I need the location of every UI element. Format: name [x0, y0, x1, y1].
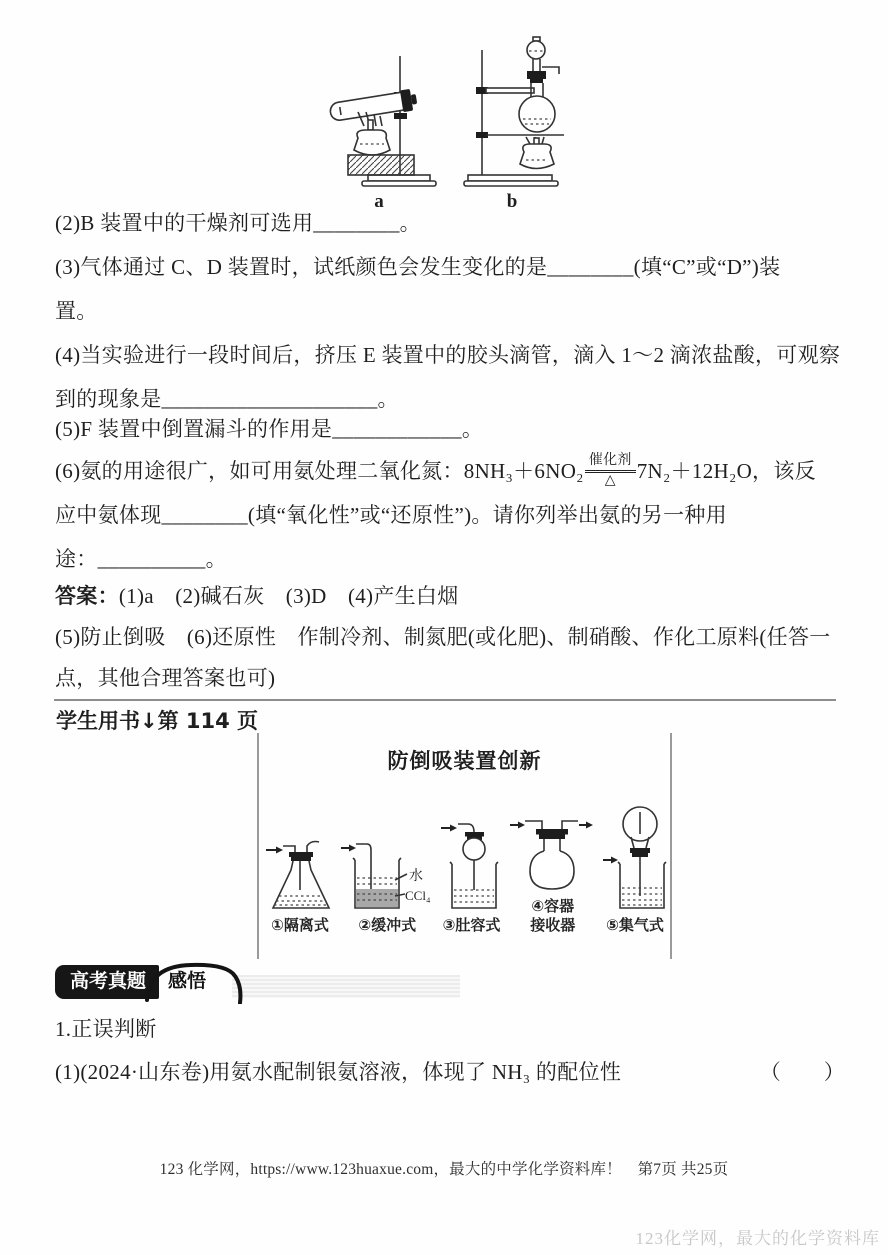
question-6-line2: 应中氨体现________(填“氧化性”或“还原性”)。请你列举出氨的另一种用 — [55, 493, 845, 537]
equation-left: (6)氨的用途很广，如可用氨处理二氧化氮：8NH₃＋6NO₂ — [55, 459, 584, 483]
answers-block: 答案：(1)a (2)碱石灰 (3)D (4)产生白烟 (5)防止倒吸 (6)还… — [55, 576, 845, 699]
apparatus-a: a — [320, 42, 438, 212]
answer-brackets: （ ） — [760, 1050, 845, 1094]
reaction-condition: 催化剂△ — [585, 453, 636, 489]
anti-suckback-title: 防倒吸装置创新 — [259, 733, 670, 775]
question-3: (3)气体通过 C、D 装置时，试纸颜色会发生变化的是________(填“C”… — [55, 245, 845, 333]
document-page: a — [0, 0, 888, 1255]
badge-secondary: 感悟 — [159, 965, 232, 999]
question-3-line2: 置。 — [55, 289, 845, 333]
device-isolation-label: ①隔离式 — [271, 916, 329, 935]
question-5: (5)F 装置中倒置漏斗的作用是____________。 — [55, 407, 845, 451]
question-6-line3: 途：__________。 — [55, 537, 845, 581]
answers-line3: 点，其他合理答案也可) — [55, 658, 845, 699]
ccl4-annotation: CCl₄ — [405, 888, 431, 903]
badge-primary: 高考真题 — [55, 965, 159, 999]
apparatus-a-drawing — [320, 42, 438, 192]
equation-right: 7N₂＋12H₂O，该反 — [637, 459, 816, 483]
question-3-line1: (3)气体通过 C、D 装置时，试纸颜色会发生变化的是________(填“C”… — [55, 245, 845, 289]
question-4-line1: (4)当实验进行一段时间后，挤压 E 装置中的胶头滴管，滴入 1～2 滴浓盐酸，… — [55, 333, 845, 377]
apparatus-b-drawing — [456, 34, 568, 192]
device-bulb-label: ③肚容式 — [443, 916, 501, 935]
answers-line1-text: (1)a (2)碱石灰 (3)D (4)产生白烟 — [119, 584, 459, 608]
answers-label: 答案： — [55, 584, 119, 608]
section-divider — [54, 699, 836, 701]
device-gas-collect: ⑤集气式 — [602, 804, 668, 935]
question-2: (2)B 装置中的干燥剂可选用________。 — [55, 201, 845, 245]
catalyst-label: 催化剂 — [585, 453, 636, 473]
device-receiver: ④容器 接收器 — [510, 813, 596, 935]
judge-title: 1.正误判断 — [55, 1007, 845, 1051]
device-bulb-drawing — [440, 820, 504, 916]
answers-line1: 答案：(1)a (2)碱石灰 (3)D (4)产生白烟 — [55, 576, 845, 617]
apparatus-figure: a — [0, 34, 888, 212]
badge-secondary-text: 感悟 — [168, 970, 206, 992]
judge-question-1: (1)(2024·山东卷)用氨水配制银氨溶液，体现了 NH₃ 的配位性 （ ） — [55, 1050, 845, 1094]
student-book-ref: 学生用书↓第 114 页 — [56, 706, 258, 736]
question-6-line1: (6)氨的用途很广，如可用氨处理二氧化氮：8NH₃＋6NO₂催化剂△7N₂＋12… — [55, 449, 845, 493]
page-footer: 123 化学网，https://www.123huaxue.com，最大的中学化… — [0, 1157, 888, 1179]
anti-suckback-box: 防倒吸装置创新 ①隔离式 — [257, 733, 672, 959]
answers-line2: (5)防止倒吸 (6)还原性 作制冷剂、制氮肥(或化肥)、制硝酸、作化工原料(任… — [55, 617, 845, 658]
water-annotation: 水 — [409, 867, 423, 884]
devices-row: ①隔离式 水 CCl₄ — [265, 804, 668, 935]
device-receiver-label: ④容器 — [531, 897, 574, 916]
device-gas-collect-drawing — [602, 804, 668, 916]
delta-symbol: △ — [605, 473, 616, 489]
device-receiver-drawing — [510, 813, 596, 897]
device-isolation-drawing — [265, 838, 335, 916]
device-buffer: 水 CCl₄ ②缓冲式 — [341, 838, 433, 935]
device-isolation: ①隔离式 — [265, 838, 335, 935]
device-gas-collect-label: ⑤集气式 — [606, 916, 664, 935]
device-bulb: ③肚容式 — [440, 820, 504, 935]
device-receiver-label2: 接收器 — [530, 916, 575, 935]
exam-badge: 高考真题 感悟 — [55, 961, 460, 999]
badge-strip — [232, 975, 460, 998]
apparatus-b: b — [456, 34, 568, 212]
device-buffer-label: ②缓冲式 — [358, 916, 416, 935]
site-watermark: 123化学网，最大的化学资料库 — [636, 1224, 881, 1249]
device-buffer-drawing: 水 CCl₄ — [341, 838, 433, 916]
judge-question-1-text: (1)(2024·山东卷)用氨水配制银氨溶液，体现了 NH₃ 的配位性 — [55, 1050, 621, 1094]
question-6: (6)氨的用途很广，如可用氨处理二氧化氮：8NH₃＋6NO₂催化剂△7N₂＋12… — [55, 449, 845, 581]
